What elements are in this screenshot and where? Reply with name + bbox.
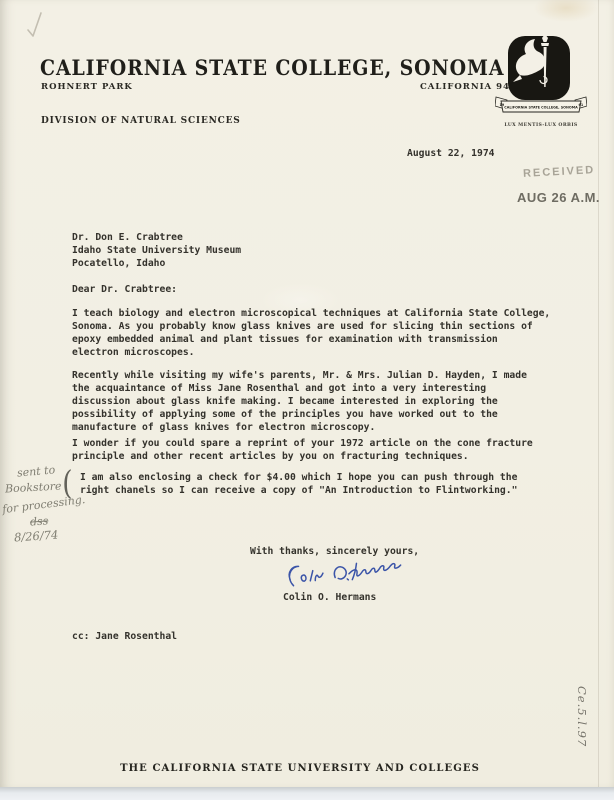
- college-name-masthead: CALIFORNIA STATE COLLEGE, SONOMA: [40, 56, 504, 81]
- catalog-number: Ce.5.l.97: [575, 686, 589, 747]
- letterhead-location: ROHNERT PARK: [41, 82, 133, 92]
- scanner-background-strip: [0, 787, 614, 800]
- seal-banner-text: CALIFORNIA STATE COLLEGE, SONOMA: [504, 106, 578, 110]
- received-stamp-line2: AUG 26 A.M.: [517, 190, 600, 205]
- paragraph-4: I am also enclosing a check for $4.00 wh…: [80, 471, 517, 497]
- footer-text: THE CALIFORNIA STATE UNIVERSITY AND COLL…: [120, 763, 480, 774]
- letter-paper: CALIFORNIA STATE COLLEGE, SONOMA ROHNERT…: [0, 0, 614, 788]
- cc-line: cc: Jane Rosenthal: [72, 630, 177, 643]
- paragraph-3: I wonder if you could spare a reprint of…: [72, 437, 533, 463]
- received-stamp-line1: RECEIVED: [523, 164, 596, 180]
- paper-edge: [598, 0, 599, 788]
- college-seal: CALIFORNIA STATE COLLEGE, SONOMA 19 61 L…: [495, 33, 587, 133]
- margin-note-line: Bookstore: [5, 480, 62, 496]
- pencil-checkmark-icon: [24, 8, 50, 40]
- letterhead-department: DIVISION OF NATURAL SCIENCES: [41, 116, 241, 126]
- typed-signature-name: Colin O. Hermans: [283, 591, 376, 604]
- paragraph-2: Recently while visiting my wife's parent…: [72, 369, 527, 434]
- margin-note-line: sent to: [17, 463, 56, 479]
- seal-motto-text: LUX MENTIS-LUX ORBIS: [504, 122, 577, 128]
- margin-note-date: 8/26/74: [14, 527, 59, 544]
- paragraph-1: I teach biology and electron microscopic…: [72, 307, 550, 359]
- handwritten-signature: [280, 553, 410, 596]
- letterhead-state-zip: CALIFORNIA 94928: [420, 82, 498, 92]
- seal-year-right: 61: [579, 103, 584, 107]
- signature-ink-icon: [280, 553, 410, 596]
- margin-note-line: for processing.: [2, 493, 86, 516]
- recipient-address: Dr. Don E. Crabtree Idaho State Universi…: [72, 231, 241, 270]
- letter-date: August 22, 1974: [407, 147, 495, 160]
- dove-and-torch-seal-icon: CALIFORNIA STATE COLLEGE, SONOMA 19 61 L…: [495, 33, 587, 133]
- seal-year-left: 19: [500, 103, 505, 107]
- scanned-letter-page: CALIFORNIA STATE COLLEGE, SONOMA ROHNERT…: [0, 0, 614, 800]
- salutation: Dear Dr. Crabtree:: [72, 283, 177, 296]
- margin-note-initials: dss: [30, 514, 49, 528]
